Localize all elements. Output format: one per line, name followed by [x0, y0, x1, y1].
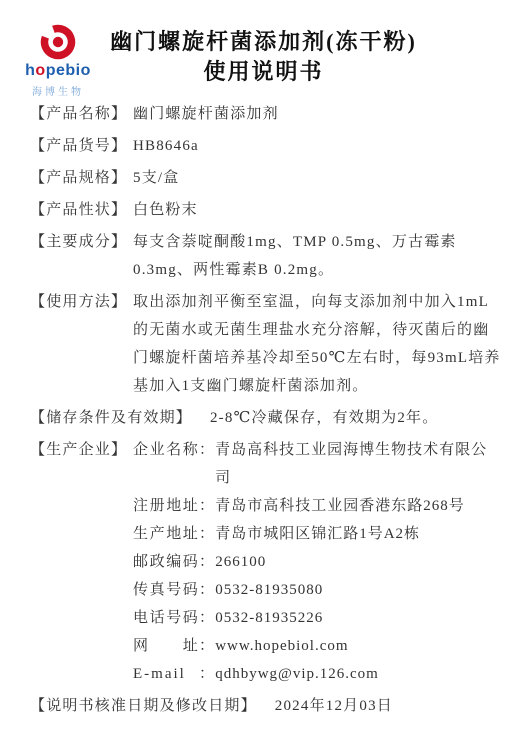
- header: hopebio 海博生物 幽门螺旋杆菌添加剂(冻干粉) 使用说明书: [0, 0, 527, 88]
- manufacturer-phone-number: 电话号码：0532-81935226: [133, 604, 503, 632]
- brand-o: o: [35, 62, 45, 79]
- subrow-colon: ：: [199, 548, 215, 576]
- field-storage-validity: 【储存条件及有效期】 2-8℃冷藏保存，有效期为2年。: [30, 404, 503, 432]
- field-catalog-number: 【产品货号】 HB8646a: [30, 132, 503, 160]
- subrow-colon: ：: [199, 436, 215, 492]
- field-product-name: 【产品名称】 幽门螺旋杆菌添加剂: [30, 100, 503, 128]
- subrow-colon: ：: [199, 492, 215, 520]
- subrow-value: 青岛高科技工业园海博生物技术有限公司: [215, 436, 503, 492]
- email-address: qdhbywg@vip.126.com: [215, 660, 379, 688]
- field-specification: 【产品规格】 5支/盒: [30, 164, 503, 192]
- subrow-colon: ：: [199, 520, 215, 548]
- field-label: 【产品名称】: [30, 100, 133, 128]
- field-approval-date: 【说明书核准日期及修改日期】 2024年12月03日: [30, 692, 503, 720]
- field-manufacturer: 【生产企业】 企业名称：青岛高科技工业园海博生物技术有限公司 注册地址：青岛市高…: [30, 436, 503, 688]
- subrow-key: E-mail: [133, 660, 199, 688]
- field-label: 【说明书核准日期及修改日期】: [30, 698, 257, 714]
- field-label: 【产品性状】: [30, 196, 133, 224]
- field-value: 2024年12月03日: [275, 698, 393, 714]
- field-value: 白色粉末: [133, 196, 503, 224]
- field-label: 【产品货号】: [30, 132, 133, 160]
- subrow-colon: ：: [199, 604, 215, 632]
- subrow-value: 青岛市高科技工业园香港东路268号: [215, 492, 465, 520]
- hopebio-ring-icon: [38, 22, 78, 62]
- subrow-colon: ：: [199, 576, 215, 604]
- manufacturer-website: 网 址：www.hopebiol.com: [133, 632, 503, 660]
- subrow-value: 0532-81935226: [215, 604, 323, 632]
- subrow-key: 企业名称: [133, 436, 199, 492]
- brand-h: h: [25, 62, 35, 79]
- subrow-key: 电话号码: [133, 604, 199, 632]
- subrow-value: 0532-81935080: [215, 576, 323, 604]
- manufacturer-registered-address: 注册地址：青岛市高科技工业园香港东路268号: [133, 492, 503, 520]
- brand-rest: pebio: [46, 62, 91, 79]
- subrow-key: 网 址: [133, 632, 199, 660]
- field-value: 5支/盒: [133, 164, 503, 192]
- manufacturer-email: E-mail：qdhbywg@vip.126.com: [133, 660, 503, 688]
- subrow-key: 注册地址: [133, 492, 199, 520]
- field-usage-method: 【使用方法】 取出添加剂平衡至室温，向每支添加剂中加入1mL的无菌水或无菌生理盐…: [30, 288, 503, 400]
- field-value: HB8646a: [133, 132, 503, 160]
- field-label: 【产品规格】: [30, 164, 133, 192]
- field-main-ingredients: 【主要成分】 每支含萘啶酮酸1mg、TMP 0.5mg、万古霉素0.3mg、两性…: [30, 228, 503, 284]
- manufacturer-postal-code: 邮政编码：266100: [133, 548, 503, 576]
- instruction-sheet: hopebio 海博生物 幽门螺旋杆菌添加剂(冻干粉) 使用说明书 【产品名称】…: [0, 0, 527, 740]
- field-appearance: 【产品性状】 白色粉末: [30, 196, 503, 224]
- website-url: www.hopebiol.com: [215, 632, 348, 660]
- manufacturer-production-address: 生产地址：青岛市城阳区锦汇路1号A2栋: [133, 520, 503, 548]
- field-value: 2-8℃冷藏保存，有效期为2年。: [210, 410, 438, 426]
- subrow-value: 266100: [215, 548, 266, 576]
- brand-chinese: 海博生物: [16, 83, 100, 98]
- manufacturer-fax-number: 传真号码：0532-81935080: [133, 576, 503, 604]
- subrow-key: 邮政编码: [133, 548, 199, 576]
- hopebio-logo: hopebio 海博生物: [16, 22, 100, 98]
- manufacturer-company-name: 企业名称：青岛高科技工业园海博生物技术有限公司: [133, 436, 503, 492]
- field-value: 幽门螺旋杆菌添加剂: [133, 100, 503, 128]
- subrow-key: 生产地址: [133, 520, 199, 548]
- field-label: 【生产企业】: [30, 436, 133, 464]
- brand-wordmark: hopebio: [16, 63, 100, 80]
- field-label: 【储存条件及有效期】: [30, 410, 192, 426]
- subrow-value: 青岛市城阳区锦汇路1号A2栋: [215, 520, 420, 548]
- manufacturer-details: 企业名称：青岛高科技工业园海博生物技术有限公司 注册地址：青岛市高科技工业园香港…: [133, 436, 503, 688]
- subrow-key: 传真号码: [133, 576, 199, 604]
- field-value: 每支含萘啶酮酸1mg、TMP 0.5mg、万古霉素0.3mg、两性霉素B 0.2…: [133, 228, 503, 284]
- field-label: 【主要成分】: [30, 228, 133, 256]
- subrow-colon: ：: [199, 632, 215, 660]
- subrow-colon: ：: [199, 660, 215, 688]
- field-value: 取出添加剂平衡至室温，向每支添加剂中加入1mL的无菌水或无菌生理盐水充分溶解，待…: [133, 288, 503, 400]
- field-label: 【使用方法】: [30, 288, 133, 316]
- document-body: 【产品名称】 幽门螺旋杆菌添加剂 【产品货号】 HB8646a 【产品规格】 5…: [0, 88, 527, 720]
